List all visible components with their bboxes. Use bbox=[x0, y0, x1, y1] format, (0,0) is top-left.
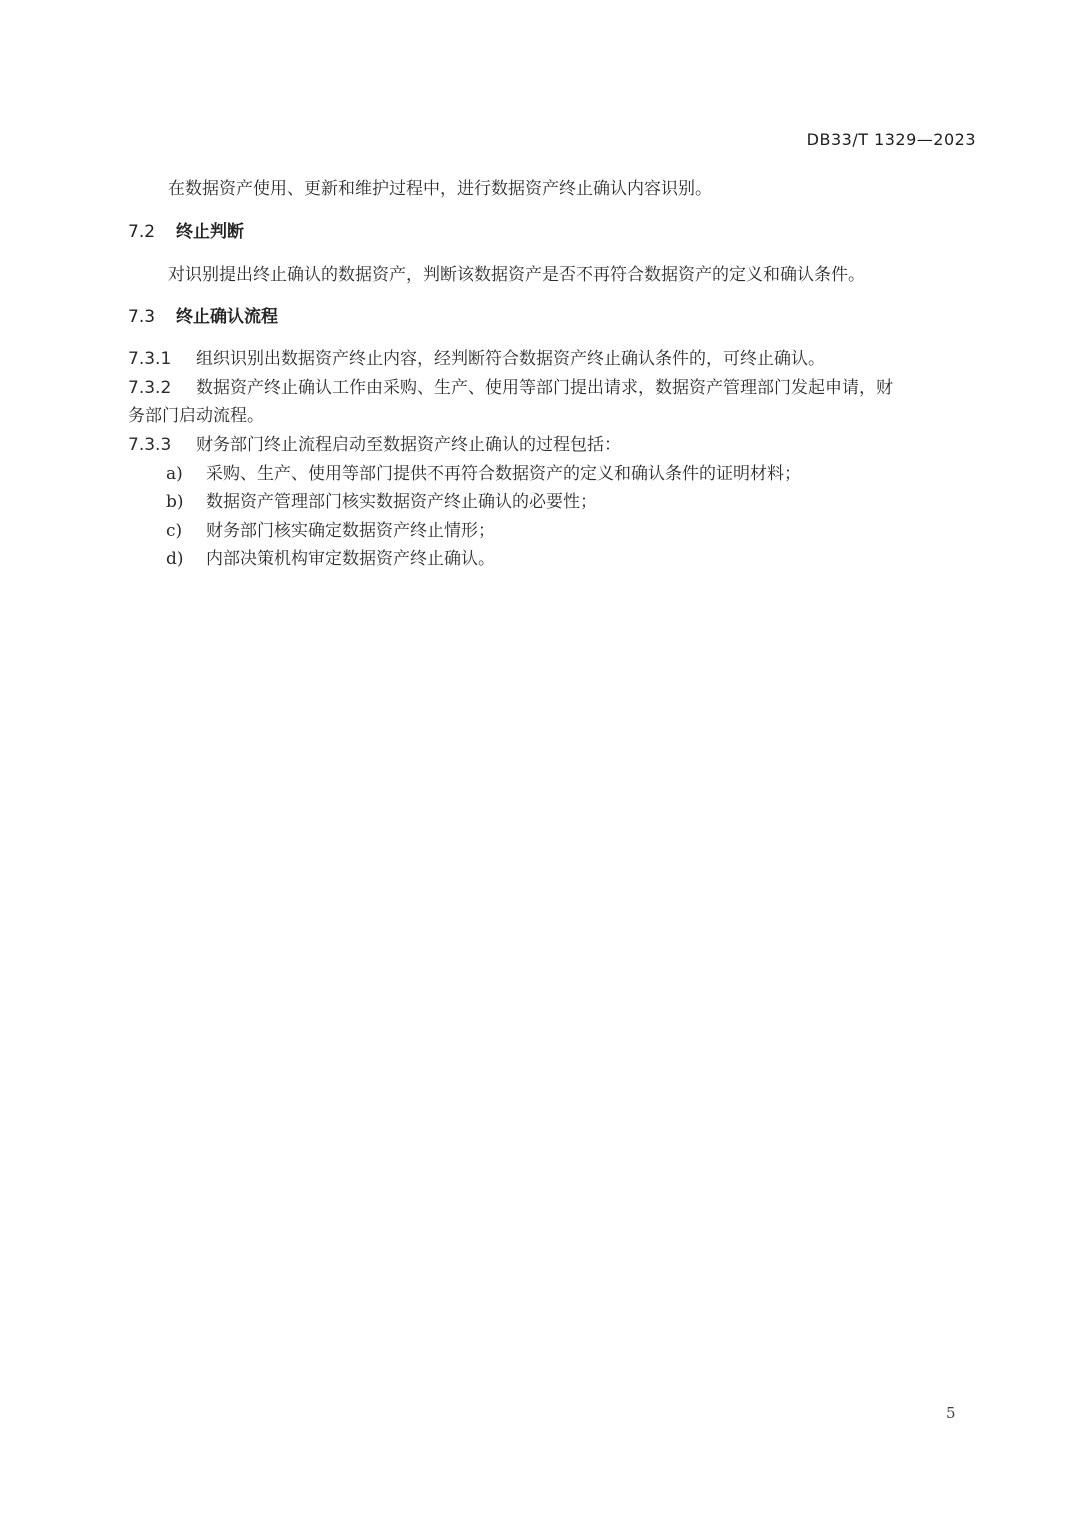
section-title: 终止判断 bbox=[176, 222, 244, 242]
list-marker: b) bbox=[166, 491, 206, 513]
clause-number: 7.3.2 bbox=[128, 377, 196, 399]
clause-7-3-1: 7.3.1组织识别出数据资产终止内容，经判断符合数据资产终止确认条件的，可终止确… bbox=[128, 348, 825, 370]
list-item-a: a)采购、生产、使用等部门提供不再符合数据资产的定义和确认条件的证明材料； bbox=[166, 463, 801, 485]
list-marker: d) bbox=[166, 548, 206, 570]
clause-7-3-2-continuation: 务部门启动流程。 bbox=[128, 405, 264, 427]
clause-7-3-3: 7.3.3财务部门终止流程启动至数据资产终止确认的过程包括： bbox=[128, 434, 621, 456]
section-7-3-heading: 7.3终止确认流程 bbox=[128, 306, 278, 328]
clause-text: 组织识别出数据资产终止内容，经判断符合数据资产终止确认条件的，可终止确认。 bbox=[196, 349, 825, 369]
clause-7-3-2: 7.3.2数据资产终止确认工作由采购、生产、使用等部门提出请求，数据资产管理部门… bbox=[128, 377, 893, 399]
list-text: 财务部门核实确定数据资产终止情形； bbox=[206, 521, 495, 541]
clause-text: 财务部门终止流程启动至数据资产终止确认的过程包括： bbox=[196, 435, 621, 455]
list-marker: c) bbox=[166, 520, 206, 542]
list-item-d: d)内部决策机构审定数据资产终止确认。 bbox=[166, 548, 495, 570]
clause-text: 数据资产终止确认工作由采购、生产、使用等部门提出请求，数据资产管理部门发起申请，… bbox=[196, 378, 893, 398]
list-text: 数据资产管理部门核实数据资产终止确认的必要性； bbox=[206, 492, 597, 512]
list-marker: a) bbox=[166, 463, 206, 485]
clause-number: 7.3.3 bbox=[128, 434, 196, 456]
section-7-2-paragraph: 对识别提出终止确认的数据资产，判断该数据资产是否不再符合数据资产的定义和确认条件… bbox=[168, 264, 865, 286]
list-item-b: b)数据资产管理部门核实数据资产终止确认的必要性； bbox=[166, 491, 597, 513]
intro-paragraph: 在数据资产使用、更新和维护过程中，进行数据资产终止确认内容识别。 bbox=[168, 178, 712, 200]
standard-code: DB33/T 1329—2023 bbox=[807, 130, 976, 149]
section-title: 终止确认流程 bbox=[176, 307, 278, 327]
list-item-c: c)财务部门核实确定数据资产终止情形； bbox=[166, 520, 495, 542]
list-text: 内部决策机构审定数据资产终止确认。 bbox=[206, 549, 495, 569]
section-number: 7.2 bbox=[128, 221, 176, 243]
section-number: 7.3 bbox=[128, 306, 176, 328]
section-7-2-heading: 7.2终止判断 bbox=[128, 221, 244, 243]
list-text: 采购、生产、使用等部门提供不再符合数据资产的定义和确认条件的证明材料； bbox=[206, 464, 801, 484]
page-number: 5 bbox=[946, 1404, 956, 1422]
clause-number: 7.3.1 bbox=[128, 348, 196, 370]
